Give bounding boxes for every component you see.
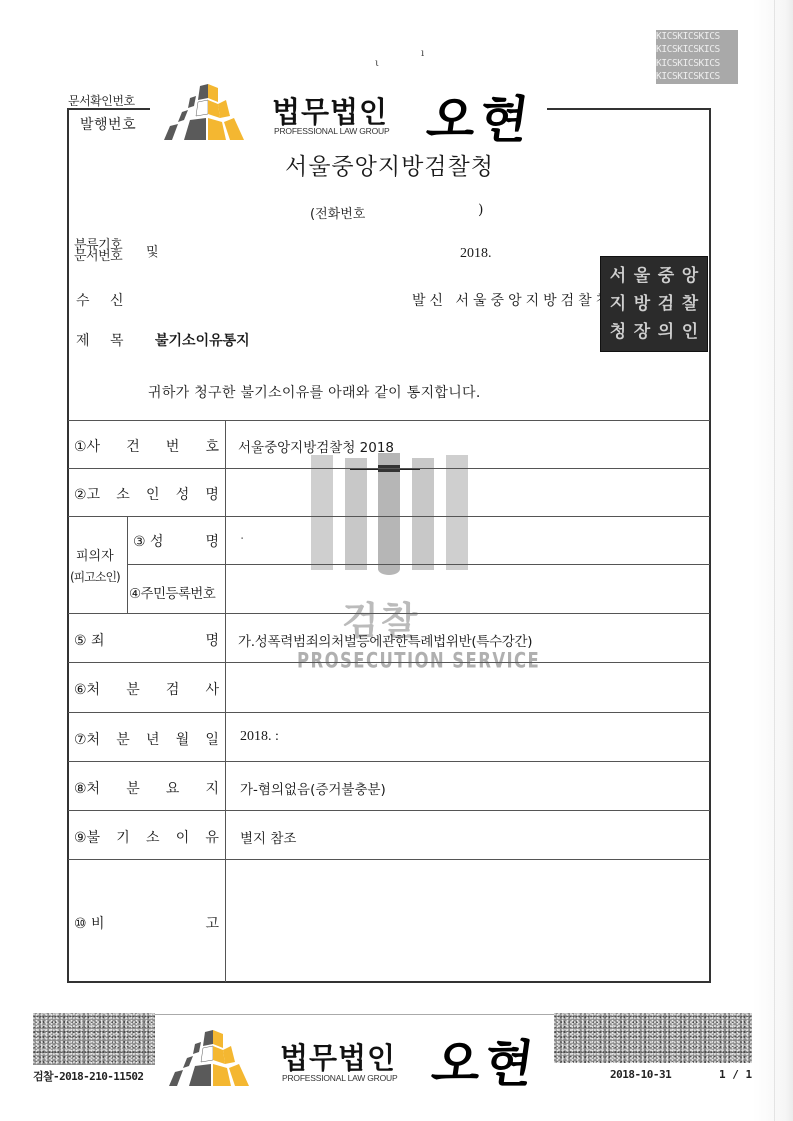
table-rule <box>68 859 710 860</box>
law-firm-logo-footer: 법무법인 PROFESSIONAL LAW GROUP 오현 <box>165 1028 545 1098</box>
table-rule <box>68 761 710 762</box>
footer-doc-number: 검찰-2018-210-11502 <box>33 1068 143 1084</box>
frame-border-bottom <box>67 981 711 983</box>
label-char: 명 <box>205 630 219 650</box>
label-char: ①사 <box>74 436 100 456</box>
issue-number-label: 발행번호 <box>80 114 136 134</box>
scan-speck: ι <box>375 58 379 69</box>
brand-signature: 오현 <box>423 80 538 152</box>
table-row-label: ⑤ 죄 명 <box>74 630 219 650</box>
table-rule <box>68 516 710 517</box>
table-rule <box>68 613 710 614</box>
suspect-group-sublabel: (피고소인) <box>70 568 120 585</box>
table-row-label: ①사 건 번 호 <box>74 436 219 456</box>
charge-value: 가.성폭력범죄의처벌등에관한특례법위반(특수강간) <box>238 630 532 650</box>
classification-line2: 문서번호 <box>74 251 122 262</box>
watermark-text-english: PROSECUTION SERVICE <box>297 648 540 673</box>
seal-char: 인 <box>679 319 701 345</box>
seal-char: 앙 <box>679 263 701 289</box>
table-row-label: ⑥처 분 검 사 <box>74 679 219 699</box>
security-stamp-row: KICSKICSKICS <box>656 30 738 43</box>
seal-char: 방 <box>631 291 653 317</box>
document-date: 2018. <box>460 246 492 262</box>
brand-name-korean: 법무법인 <box>280 1036 396 1077</box>
brand-signature: 오현 <box>428 1024 543 1096</box>
label-char: 분 <box>126 778 140 798</box>
table-column-rule <box>225 420 226 982</box>
seal-char: 중 <box>655 263 677 289</box>
brand-name-english: PROFESSIONAL LAW GROUP <box>282 1073 397 1083</box>
suspect-group-label: 피의자 <box>76 545 114 564</box>
watermark-bar <box>412 458 434 570</box>
label-char: ②고 <box>74 484 100 504</box>
table-row-label: ⑩ 비 고 <box>74 913 219 933</box>
table-rule <box>68 420 710 421</box>
seal-char: 청 <box>607 319 629 345</box>
label-char: ⑤ 죄 <box>74 630 105 650</box>
table-rule <box>68 468 710 469</box>
table-rule <box>127 564 710 565</box>
seal-char: 장 <box>631 319 653 345</box>
building-logo-icon <box>165 1028 251 1088</box>
disposition-date-value: 2018. : <box>240 729 279 745</box>
seal-char: 울 <box>631 263 653 289</box>
label-char: 지 <box>205 778 219 798</box>
frame-border-top <box>547 108 711 110</box>
label-char: 유 <box>205 827 219 847</box>
table-column-rule <box>127 516 128 613</box>
label-char: 분 <box>126 679 140 699</box>
table-row-label: ④주민등록번호 <box>129 582 215 602</box>
label-char: 소 <box>116 484 130 504</box>
phone-close-paren: ) <box>478 202 483 218</box>
scan-speck: ı <box>421 48 424 59</box>
footer-barcode-left <box>33 1013 155 1065</box>
classification-and: 및 <box>146 241 159 260</box>
table-rule <box>68 810 710 811</box>
building-logo-icon <box>160 82 246 142</box>
label-char: 명 <box>205 531 219 551</box>
label-char: 분 <box>116 729 130 749</box>
label-char: 번 <box>166 436 180 456</box>
watermark-bar <box>446 455 468 570</box>
footer-rule <box>155 1014 555 1015</box>
frame-border-right <box>709 108 711 983</box>
table-rule <box>68 662 710 663</box>
non-prosecution-reason-value: 별지 참조 <box>240 827 296 847</box>
office-title: 서울중앙지방검찰청 <box>285 148 494 181</box>
label-char: 소 <box>146 827 160 847</box>
label-char: ⑧처 <box>74 778 100 798</box>
label-char: 인 <box>146 484 160 504</box>
subject-label: 제 목 <box>76 330 124 350</box>
scan-artifact-line <box>774 0 775 1121</box>
brand-name-korean: 법무법인 <box>272 90 388 131</box>
security-stamp: KICSKICSKICS KICSKICSKICS KICSKICSKICS K… <box>656 30 738 84</box>
suspect-name-value: · <box>240 531 244 547</box>
case-number-value: 서울중앙지방검찰청 2018 <box>238 436 394 456</box>
watermark-bar <box>311 455 333 570</box>
frame-border-left <box>67 108 69 983</box>
brand-name-english: PROFESSIONAL LAW GROUP <box>274 126 389 136</box>
label-char: ⑩ 비 <box>74 913 105 933</box>
seal-char: 의 <box>655 319 677 345</box>
footer-print-date: 2018-10-31 <box>610 1068 671 1081</box>
label-char: 이 <box>176 827 190 847</box>
table-row-label: ②고 소 인 성 명 <box>74 484 219 504</box>
label-char: 사 <box>205 679 219 699</box>
sender-line: 발신 서울중앙지방검찰청장 <box>412 290 631 310</box>
label-char: ③ 성 <box>133 531 164 551</box>
law-firm-logo: 법무법인 PROFESSIONAL LAW GROUP 오현 <box>160 78 540 148</box>
footer-page-number: 1 / 1 <box>719 1068 752 1081</box>
label-char: 성 <box>176 484 190 504</box>
label-char: 호 <box>205 436 219 456</box>
security-stamp-row: KICSKICSKICS <box>656 43 738 56</box>
label-char: ⑦처 <box>74 729 100 749</box>
recipient-label: 수 신 <box>76 290 124 310</box>
table-rule <box>68 712 710 713</box>
seal-char: 서 <box>607 263 629 289</box>
label-char: ⑥처 <box>74 679 100 699</box>
label-char: 명 <box>205 484 219 504</box>
table-row-label: ③ 성 명 <box>133 531 219 551</box>
label-char: 년 <box>146 729 160 749</box>
table-row-label: ⑧처 분 요 지 <box>74 778 219 798</box>
table-row-label: ⑨불 기 소 이 유 <box>74 827 219 847</box>
seal-char: 찰 <box>679 291 701 317</box>
footer-barcode-right <box>554 1013 752 1063</box>
label-char: 요 <box>166 778 180 798</box>
label-char: 월 <box>176 729 190 749</box>
official-seal: 서 울 중 앙 지 방 검 찰 청 장 의 인 <box>600 256 708 352</box>
scan-edge-shading <box>753 0 793 1121</box>
doc-confirm-label: 문서확인번호 <box>68 92 135 109</box>
label-char: ⑨불 <box>74 827 100 847</box>
watermark-bar <box>345 458 367 570</box>
frame-border-top <box>67 108 150 110</box>
label-char: 건 <box>126 436 140 456</box>
label-char: 일 <box>205 729 219 749</box>
classification-label: 분류기호 문서번호 <box>74 240 122 262</box>
subject-value: 불기소이유통지 <box>155 330 250 350</box>
label-char: 고 <box>205 913 219 933</box>
seal-char: 검 <box>655 291 677 317</box>
label-char: 검 <box>166 679 180 699</box>
seal-char: 지 <box>607 291 629 317</box>
label-char: 기 <box>116 827 130 847</box>
intro-text: 귀하가 청구한 불기소이유를 아래와 같이 통지합니다. <box>148 382 481 402</box>
security-stamp-row: KICSKICSKICS <box>656 70 738 83</box>
disposition-summary-value: 가-혐의없음(증거불충분) <box>240 778 386 798</box>
security-stamp-row: KICSKICSKICS <box>656 57 738 70</box>
table-row-label: ⑦처 분 년 월 일 <box>74 729 219 749</box>
phone-label: (전화번호 <box>310 203 365 222</box>
